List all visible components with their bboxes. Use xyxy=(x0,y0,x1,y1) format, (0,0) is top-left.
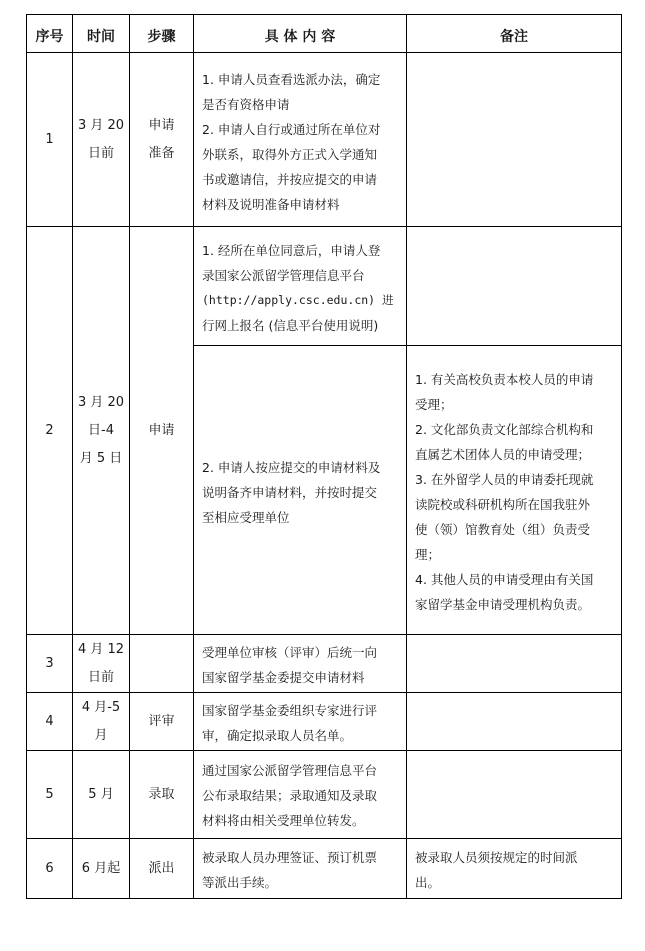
row-5-content: 通过国家公派留学管理信息平台 公布录取结果；录取通知及录取 材料将由相关受理单位… xyxy=(193,750,407,839)
row-6-content: 被录取人员办理签证、预订机票 等派出手续。 xyxy=(193,838,407,899)
row-6-step: 派出 xyxy=(129,838,194,899)
header-time: 时间 xyxy=(72,14,130,53)
row-2-content-online-registration: 1. 经所在单位同意后，申请人登 录国家公派留学管理信息平台 (http://a… xyxy=(193,226,407,346)
row-2-content-submit-materials: 2. 申请人按应提交的申请材料及 说明备齐申请材料，并按时提交 至相应受理单位 xyxy=(193,345,407,635)
row-2-remark-b: 1. 有关高校负责本校人员的申请 受理； 2. 文化部负责文化部综合机构和 直属… xyxy=(406,345,622,635)
row-4-step: 评审 xyxy=(129,692,194,751)
row-3-time: 4 月 12 日前 xyxy=(72,634,130,693)
row-4-no: 4 xyxy=(26,692,73,751)
row-1-step: 申请 准备 xyxy=(129,52,194,227)
row-2-step: 申请 xyxy=(129,226,194,635)
row-1-no: 1 xyxy=(26,52,73,227)
row-1-time: 3 月 20 日前 xyxy=(72,52,130,227)
header-remark: 备注 xyxy=(406,14,622,53)
header-no: 序号 xyxy=(26,14,73,53)
row-5-time: 5 月 xyxy=(72,750,130,839)
row-1-remark xyxy=(406,52,622,227)
row-4-content: 国家留学基金委组织专家进行评 审，确定拟录取人员名单。 xyxy=(193,692,407,751)
row-2-remark-a xyxy=(406,226,622,346)
row-5-remark xyxy=(406,750,622,839)
header-step: 步骤 xyxy=(129,14,194,53)
row-5-step: 录取 xyxy=(129,750,194,839)
row-6-time: 6 月起 xyxy=(72,838,130,899)
row-5-no: 5 xyxy=(26,750,73,839)
row-3-no: 3 xyxy=(26,634,73,693)
row-4-time: 4 月-5 月 xyxy=(72,692,130,751)
row-6-remark: 被录取人员须按规定的时间派 出。 xyxy=(406,838,622,899)
row-3-content: 受理单位审核（评审）后统一向 国家留学基金委提交申请材料 xyxy=(193,634,407,693)
row-3-remark xyxy=(406,634,622,693)
row-3-step xyxy=(129,634,194,693)
row-4-remark xyxy=(406,692,622,751)
header-content: 具 体 内 容 xyxy=(193,14,407,53)
row-2-time: 3 月 20 日-4 月 5 日 xyxy=(72,226,130,635)
row-6-no: 6 xyxy=(26,838,73,899)
row-2-no: 2 xyxy=(26,226,73,635)
row-1-content: 1. 申请人员查看选派办法，确定 是否有资格申请 2. 申请人自行或通过所在单位… xyxy=(193,52,407,227)
